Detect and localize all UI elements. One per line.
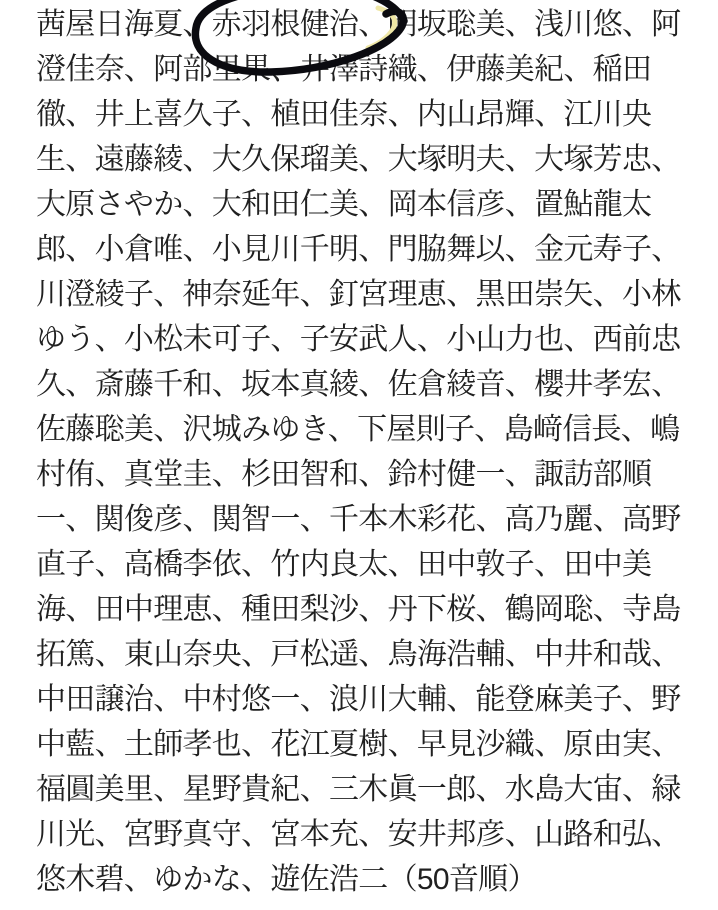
cast-list-line: 拓篤、東山奈央、戸松遥、鳥海浩輔、中井和哉、 [36, 632, 696, 677]
cast-list-line: 川澄綾子、神奈延年、釘宮理恵、黒田崇矢、小林 [36, 272, 696, 317]
cast-list-line: 一、関俊彦、関智一、千本木彩花、高乃麗、高野 [36, 497, 696, 542]
cast-list-line: 川光、宮野真守、宮本充、安井邦彦、山路和弘、 [36, 812, 696, 857]
cast-list-line: 生、遠藤綾、大久保瑠美、大塚明夫、大塚芳忠、 [36, 137, 696, 182]
cast-list-text: 茜屋日海夏、赤羽根健治、明坂聡美、浅川悠、阿 澄佳奈、阿部里果、井澤詩織、伊藤美… [36, 2, 696, 902]
cast-list-line: 海、田中理恵、種田梨沙、丹下桜、鶴岡聡、寺島 [36, 587, 696, 632]
cast-list-line: 佐藤聡美、沢城みゆき、下屋則子、島﨑信長、嶋 [36, 407, 696, 452]
cast-list-line: 中藍、土師孝也、花江夏樹、早見沙織、原由実、 [36, 722, 696, 767]
cast-list-line: 澄佳奈、阿部里果、井澤詩織、伊藤美紀、稲田 [36, 47, 696, 92]
cast-list-line: 村侑、真堂圭、杉田智和、鈴村健一、諏訪部順 [36, 452, 696, 497]
cast-list-line: ゆう、小松未可子、子安武人、小山力也、西前忠 [36, 317, 696, 362]
cast-list-line: 郎、小倉唯、小見川千明、門脇舞以、金元寿子、 [36, 227, 696, 272]
cast-list-line: 福圓美里、星野貴紀、三木眞一郎、水島大宙、緑 [36, 767, 696, 812]
cast-list-page: 茜屋日海夏、赤羽根健治、明坂聡美、浅川悠、阿 澄佳奈、阿部里果、井澤詩織、伊藤美… [0, 0, 718, 910]
cast-list-line: 大原さやか、大和田仁美、岡本信彦、置鮎龍太 [36, 182, 696, 227]
cast-list-line: 徹、井上喜久子、植田佳奈、内山昂輝、江川央 [36, 92, 696, 137]
cast-list-line: 茜屋日海夏、赤羽根健治、明坂聡美、浅川悠、阿 [36, 2, 696, 47]
cast-list-line: 悠木碧、ゆかな、遊佐浩二（50音順） [36, 857, 696, 902]
cast-list-line: 中田譲治、中村悠一、浪川大輔、能登麻美子、野 [36, 677, 696, 722]
cast-list-line: 直子、高橋李依、竹内良太、田中敦子、田中美 [36, 542, 696, 587]
cast-list-line: 久、斎藤千和、坂本真綾、佐倉綾音、櫻井孝宏、 [36, 362, 696, 407]
